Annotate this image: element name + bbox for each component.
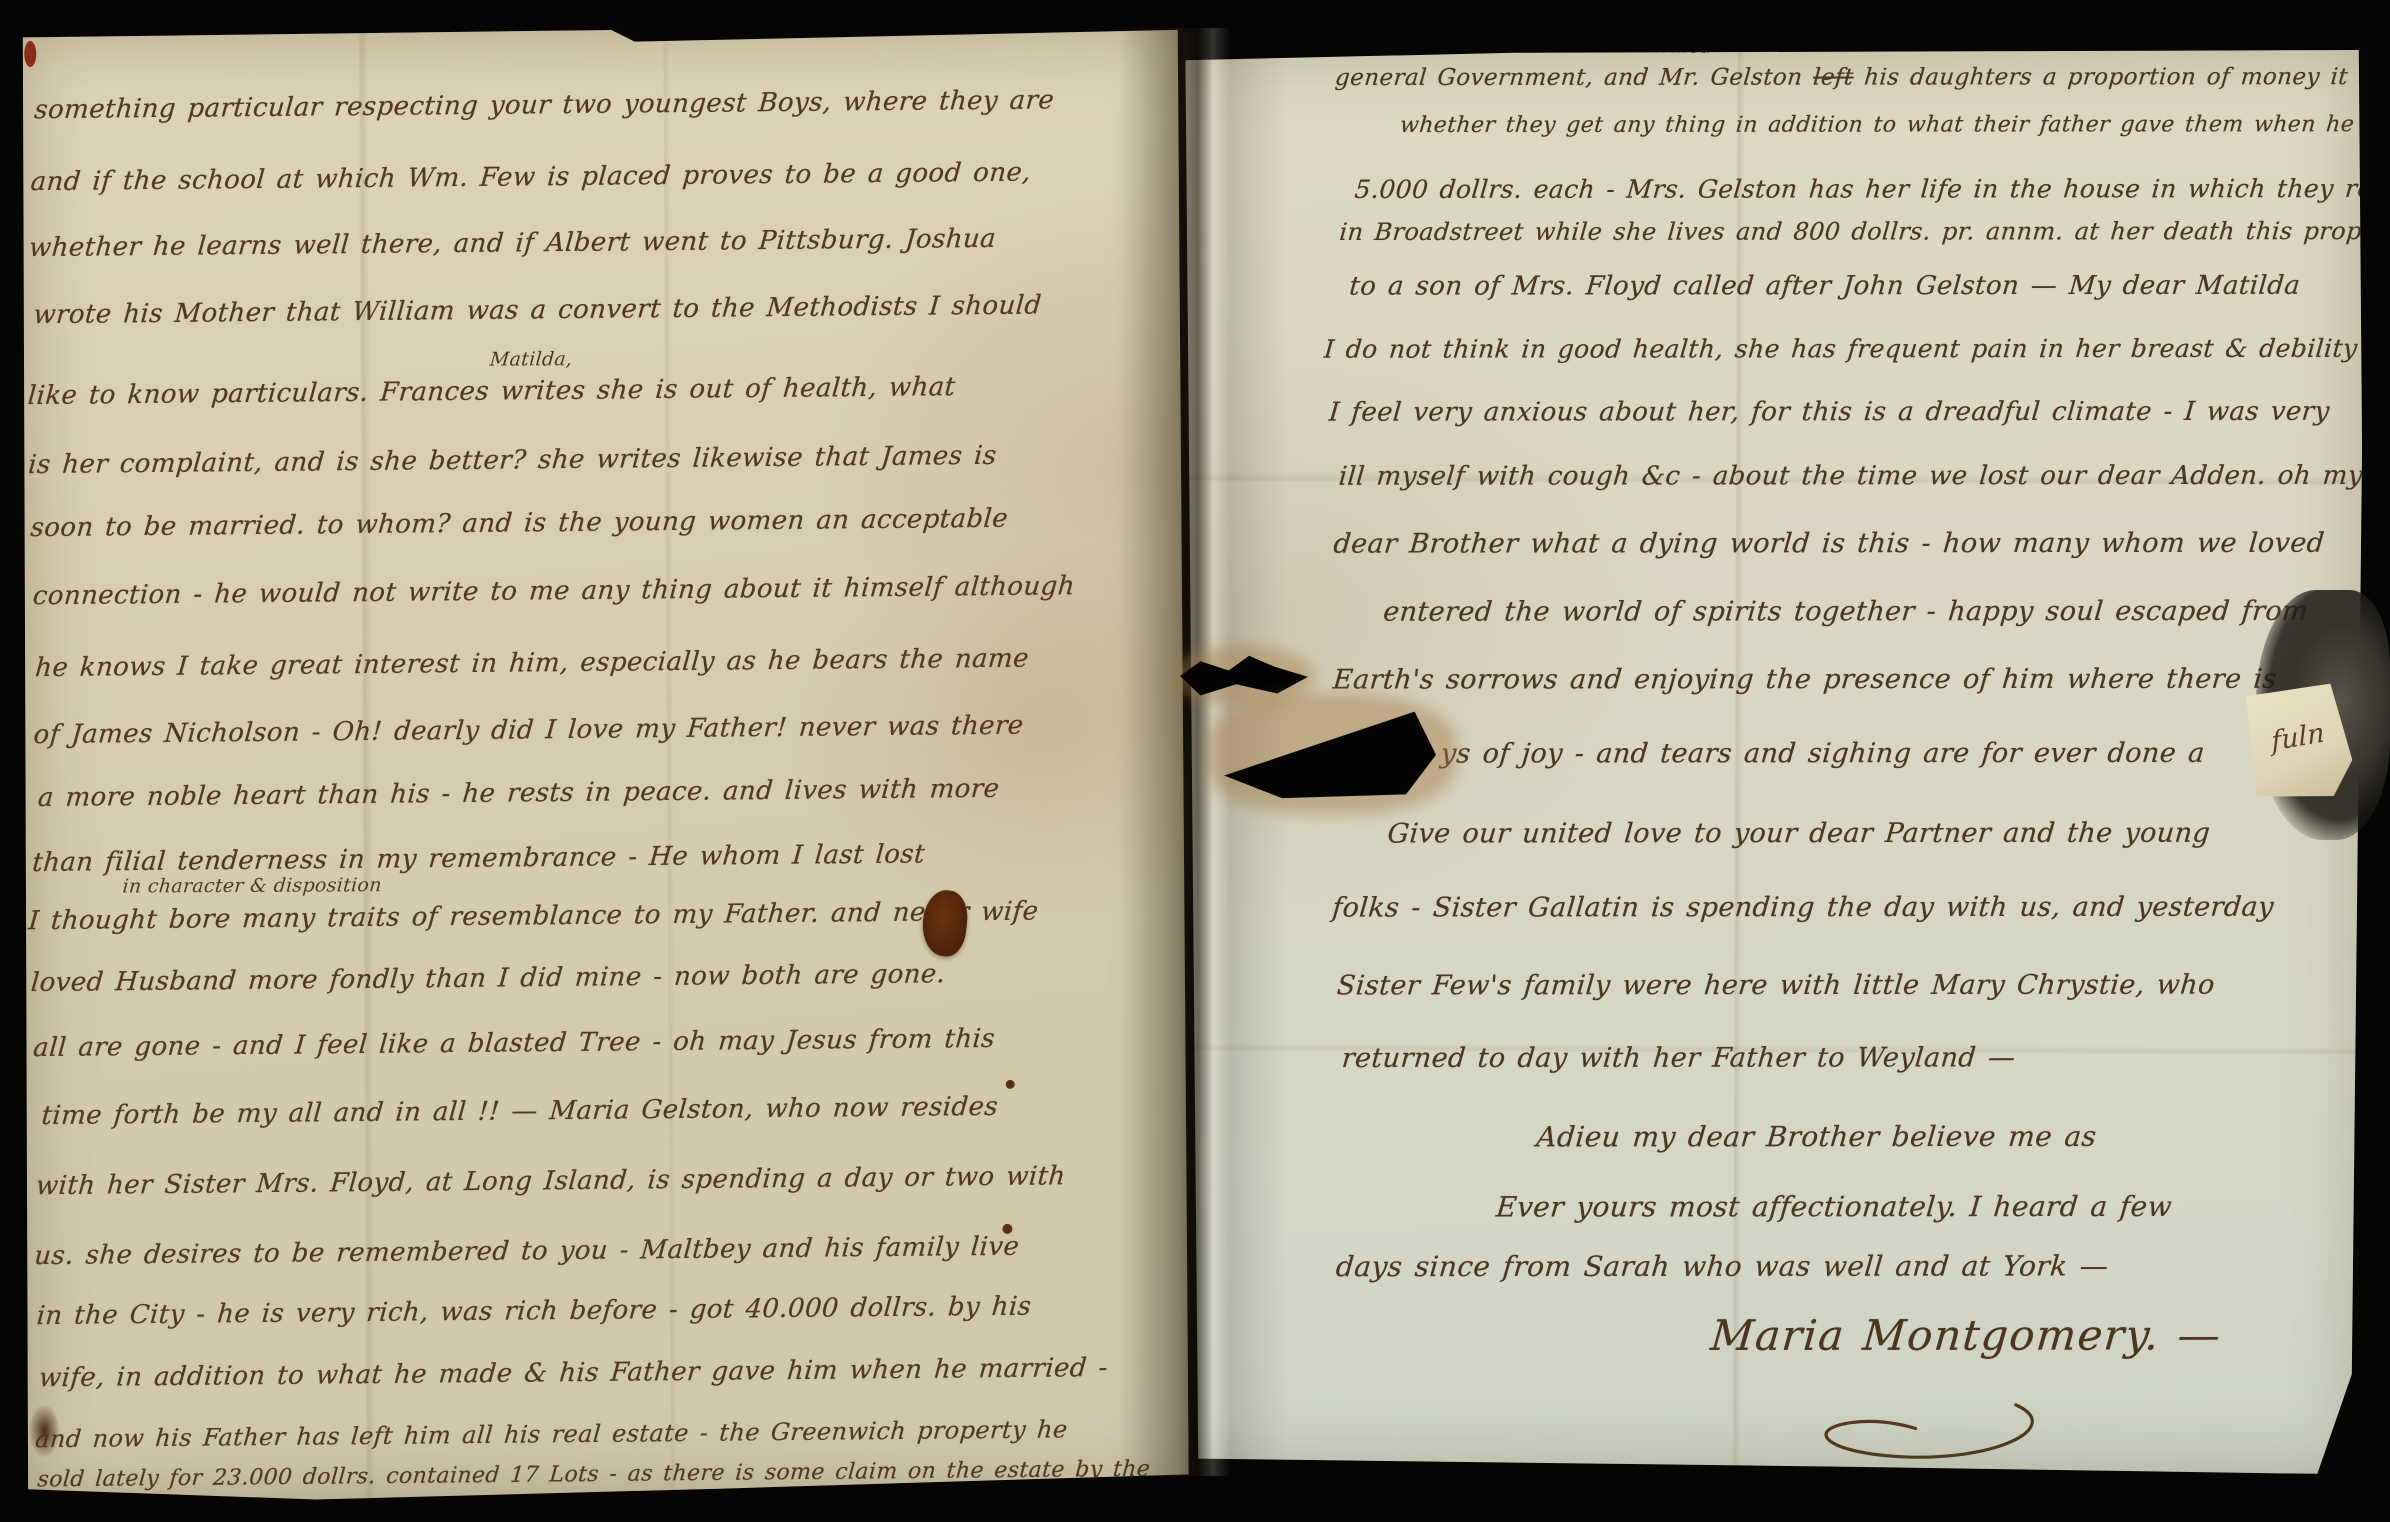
signature: Maria Montgomery. — <box>1709 1310 2224 1359</box>
letter-line: than filial tenderness in my remembrance… <box>31 839 926 878</box>
closing-line: Ever yours most affectionately. I heard … <box>1495 1190 2174 1224</box>
letter-line: entered the world of spirits together - … <box>1382 596 2310 628</box>
letter-line: wrote his Mother that William was a conv… <box>32 290 1042 330</box>
letter-line: of James Nicholson - Oh! dearly did I lo… <box>32 711 1024 751</box>
closing-line: days since from Sarah who was well and a… <box>1335 1249 2110 1283</box>
letter-line: and now his Father has left him all his … <box>34 1415 1068 1453</box>
letter-line: he knows I take great interest in him, e… <box>34 644 1030 684</box>
letter-line: Earth's sorrows and enjoying the presenc… <box>1332 664 2278 696</box>
letter-line: ill myself with cough &c - about the tim… <box>1337 461 2363 492</box>
struck-word: left <box>1812 65 1855 91</box>
letter-line: with her Sister Mrs. Floyd, at Long Isla… <box>35 1161 1067 1201</box>
letter-line: in the City - he is very rich, was rich … <box>36 1292 1033 1332</box>
interline-insert-willed: willed <box>1652 46 1714 58</box>
ink-speck <box>1002 1224 1012 1234</box>
letter-line: 5.000 dollrs. each - Mrs. Gelston has he… <box>1354 174 2364 204</box>
ink-speck <box>1006 1080 1015 1089</box>
letter-line: returned to day with her Father to Weyla… <box>1340 1042 2016 1074</box>
opening-post: his daughters a proportion of money it i… <box>1852 64 2363 91</box>
letter-line: I thought bore many traits of resemblanc… <box>27 897 1039 937</box>
letter-line: in Broadstreet while she lives and 800 d… <box>1338 217 2363 246</box>
letter-page-left: something particular respecting your two… <box>18 27 1189 1501</box>
letter-line: soon to be married. to whom? and is the … <box>29 504 1009 543</box>
closing-line: Adieu my dear Brother believe me as <box>1535 1120 2098 1153</box>
letter-line: folks - Sister Gallatin is spending the … <box>1331 892 2275 924</box>
letter-line: I feel very anxious about her, for this … <box>1328 397 2331 428</box>
letter-line: something particular respecting your two… <box>33 85 1055 125</box>
opening-pre: general Government, and Mr. Gelston <box>1334 65 1814 91</box>
photo-background: something particular respecting your two… <box>0 0 2390 1522</box>
letter-line: connection - he would not write to me an… <box>32 571 1076 611</box>
letter-line: us. she desires to be remembered to you … <box>33 1232 1020 1271</box>
letter-line: general Government, and Mr. Gelston left… <box>1334 64 2363 91</box>
signature-flourish <box>1765 1396 2085 1474</box>
letter-line: is her complaint, and is she better? she… <box>27 441 998 480</box>
letter-line: whether they get any thing in addition t… <box>1399 112 2364 138</box>
letter-line: all are gone - and I feel like a blasted… <box>32 1024 996 1063</box>
interline-insert-character: in character & disposition <box>122 874 383 897</box>
interline-insert-matilda: Matilda, <box>489 348 573 370</box>
letter-line: a more noble heart than his - he rests i… <box>37 774 1001 813</box>
letter-line: wife, in addition to what he made & his … <box>38 1353 1109 1393</box>
letter-line: Sister Few's family were here with littl… <box>1336 970 2216 1002</box>
letter-line: and if the school at which Wm. Few is pl… <box>30 158 1033 198</box>
seal-fragment-text: fuln <box>2270 717 2325 757</box>
stain <box>29 1405 59 1457</box>
letter-line: dear Brother what a dying world is this … <box>1332 528 2326 560</box>
letter-line: I do not think in good health, she has f… <box>1323 334 2359 364</box>
letter-line: ys of joy - and tears and sighing are fo… <box>1440 738 2206 770</box>
stain <box>24 41 36 67</box>
letter-line: loved Husband more fondly than I did min… <box>30 959 947 998</box>
letter-line: time forth be my all and in all !! — Mar… <box>40 1092 999 1131</box>
letter-line: sold lately for 23.000 dollrs. contained… <box>37 1457 1152 1493</box>
letter-line: to a son of Mrs. Floyd called after John… <box>1348 271 2301 302</box>
letter-line: like to know particulars. Frances writes… <box>27 372 957 411</box>
letter-line: Give our united love to your dear Partne… <box>1386 818 2211 850</box>
letter-line: whether he learns well there, and if Alb… <box>28 224 997 263</box>
